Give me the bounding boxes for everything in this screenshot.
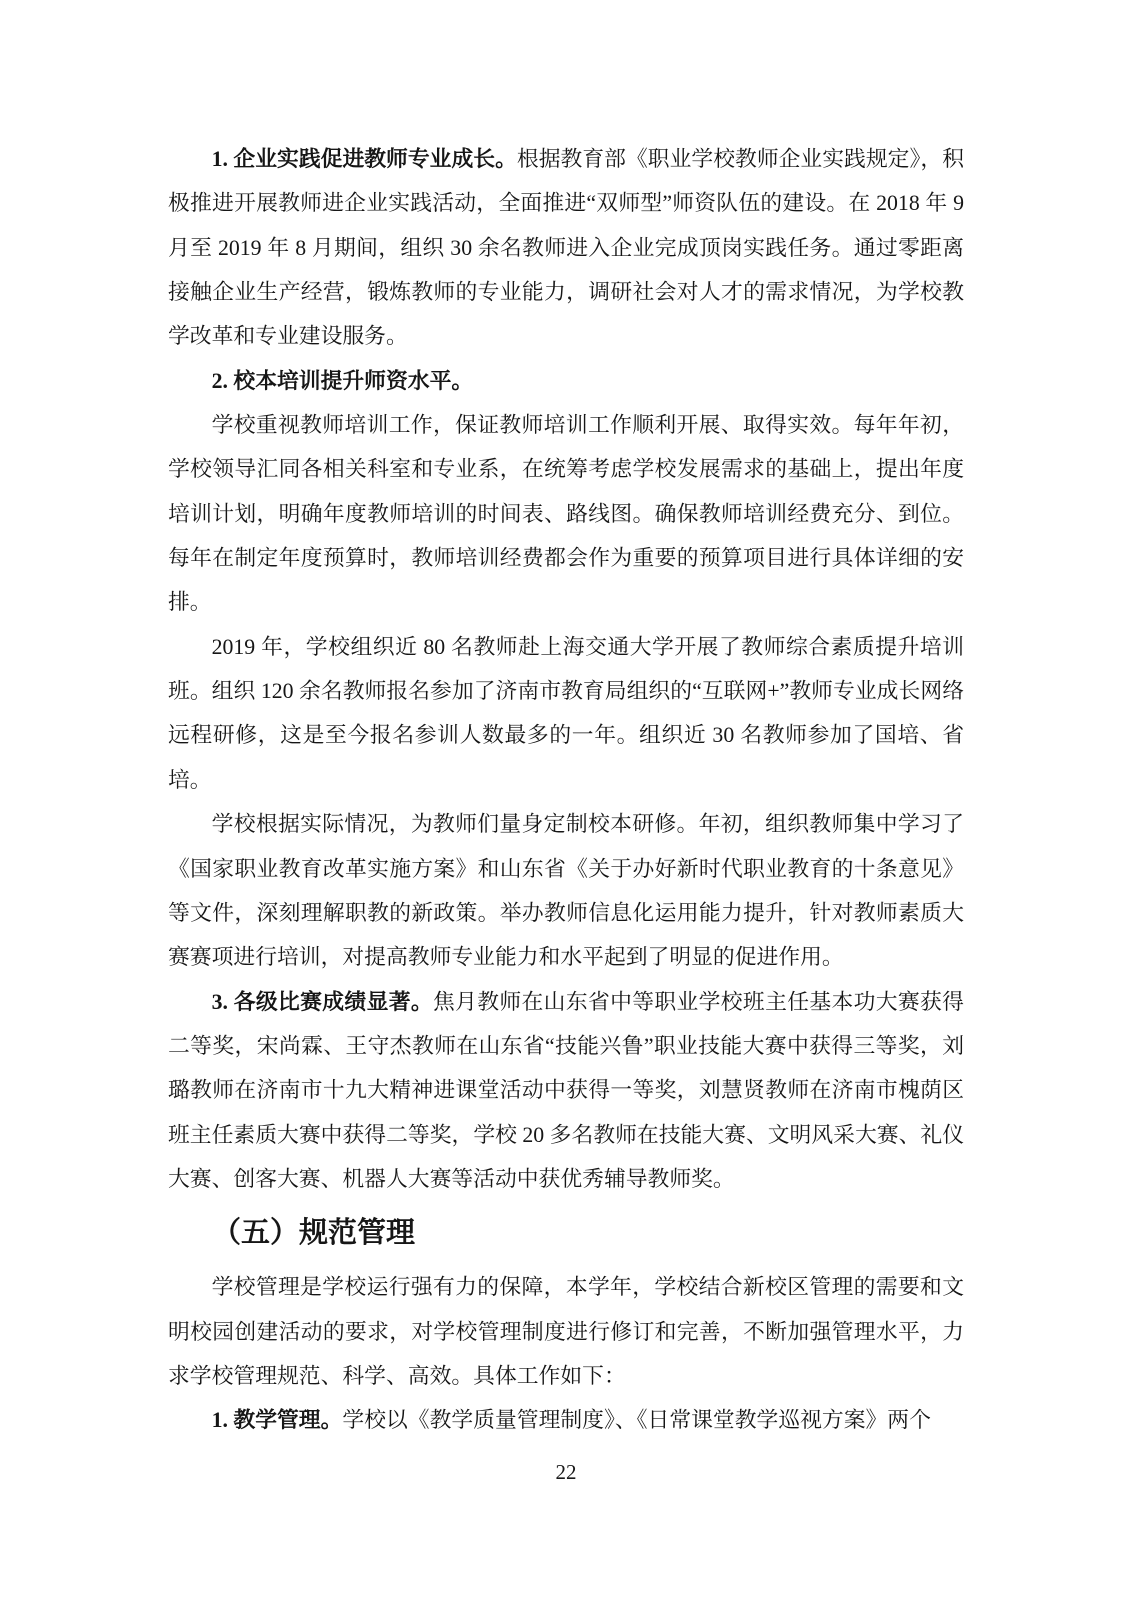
paragraph-5-school-based-research: 学校根据实际情况，为教师们量身定制校本研修。年初，组织教师集中学习了《国家职业教… [168,802,964,979]
paragraph-6-lead: 3. 各级比赛成绩显著。 [212,990,433,1014]
paragraph-6-text: 焦月教师在山东省中等职业学校班主任基本功大赛获得二等奖，宋尚霖、王守杰教师在山东… [168,990,964,1191]
paragraph-6-competition-results: 3. 各级比赛成绩显著。焦月教师在山东省中等职业学校班主任基本功大赛获得二等奖，… [168,980,964,1202]
paragraph-2-lead: 2. 校本培训提升师资水平。 [212,369,474,393]
paragraph-8-teaching-management: 1. 教学管理。学校以《教学质量管理制度》、《日常课堂教学巡视方案》两个 [168,1398,964,1442]
document-page: 1. 企业实践促进教师专业成长。根据教育部《职业学校教师企业实践规定》，积极推进… [0,0,1132,1600]
paragraph-1-enterprise-practice: 1. 企业实践促进教师专业成长。根据教育部《职业学校教师企业实践规定》，积极推进… [168,137,964,359]
page-number: 22 [0,1460,1132,1484]
paragraph-5-text: 学校根据实际情况，为教师们量身定制校本研修。年初，组织教师集中学习了《国家职业教… [168,812,964,969]
paragraph-7-management-overview: 学校管理是学校运行强有力的保障，本学年，学校结合新校区管理的需要和文明校园创建活… [168,1265,964,1398]
paragraph-3-training-plan: 学校重视教师培训工作，保证教师培训工作顺利开展、取得实效。每年年初，学校领导汇同… [168,403,964,625]
paragraph-8-lead: 1. 教学管理。 [212,1408,343,1432]
paragraph-4-text: 2019 年，学校组织近 80 名教师赴上海交通大学开展了教师综合素质提升培训班… [168,635,964,792]
paragraph-1-lead: 1. 企业实践促进教师专业成长。 [212,147,517,171]
section-heading-standard-management: （五）规范管理 [168,1201,964,1265]
paragraph-2-school-training-heading: 2. 校本培训提升师资水平。 [168,359,964,403]
paragraph-3-text: 学校重视教师培训工作，保证教师培训工作顺利开展、取得实效。每年年初，学校领导汇同… [168,413,964,614]
paragraph-8-text: 学校以《教学质量管理制度》、《日常课堂教学巡视方案》两个 [342,1408,931,1432]
document-body: 1. 企业实践促进教师专业成长。根据教育部《职业学校教师企业实践规定》，积极推进… [168,137,964,1443]
paragraph-7-text: 学校管理是学校运行强有力的保障，本学年，学校结合新校区管理的需要和文明校园创建活… [168,1275,964,1388]
paragraph-1-text: 根据教育部《职业学校教师企业实践规定》，积极推进开展教师进企业实践活动，全面推进… [168,147,964,348]
paragraph-4-training-2019: 2019 年，学校组织近 80 名教师赴上海交通大学开展了教师综合素质提升培训班… [168,625,964,802]
